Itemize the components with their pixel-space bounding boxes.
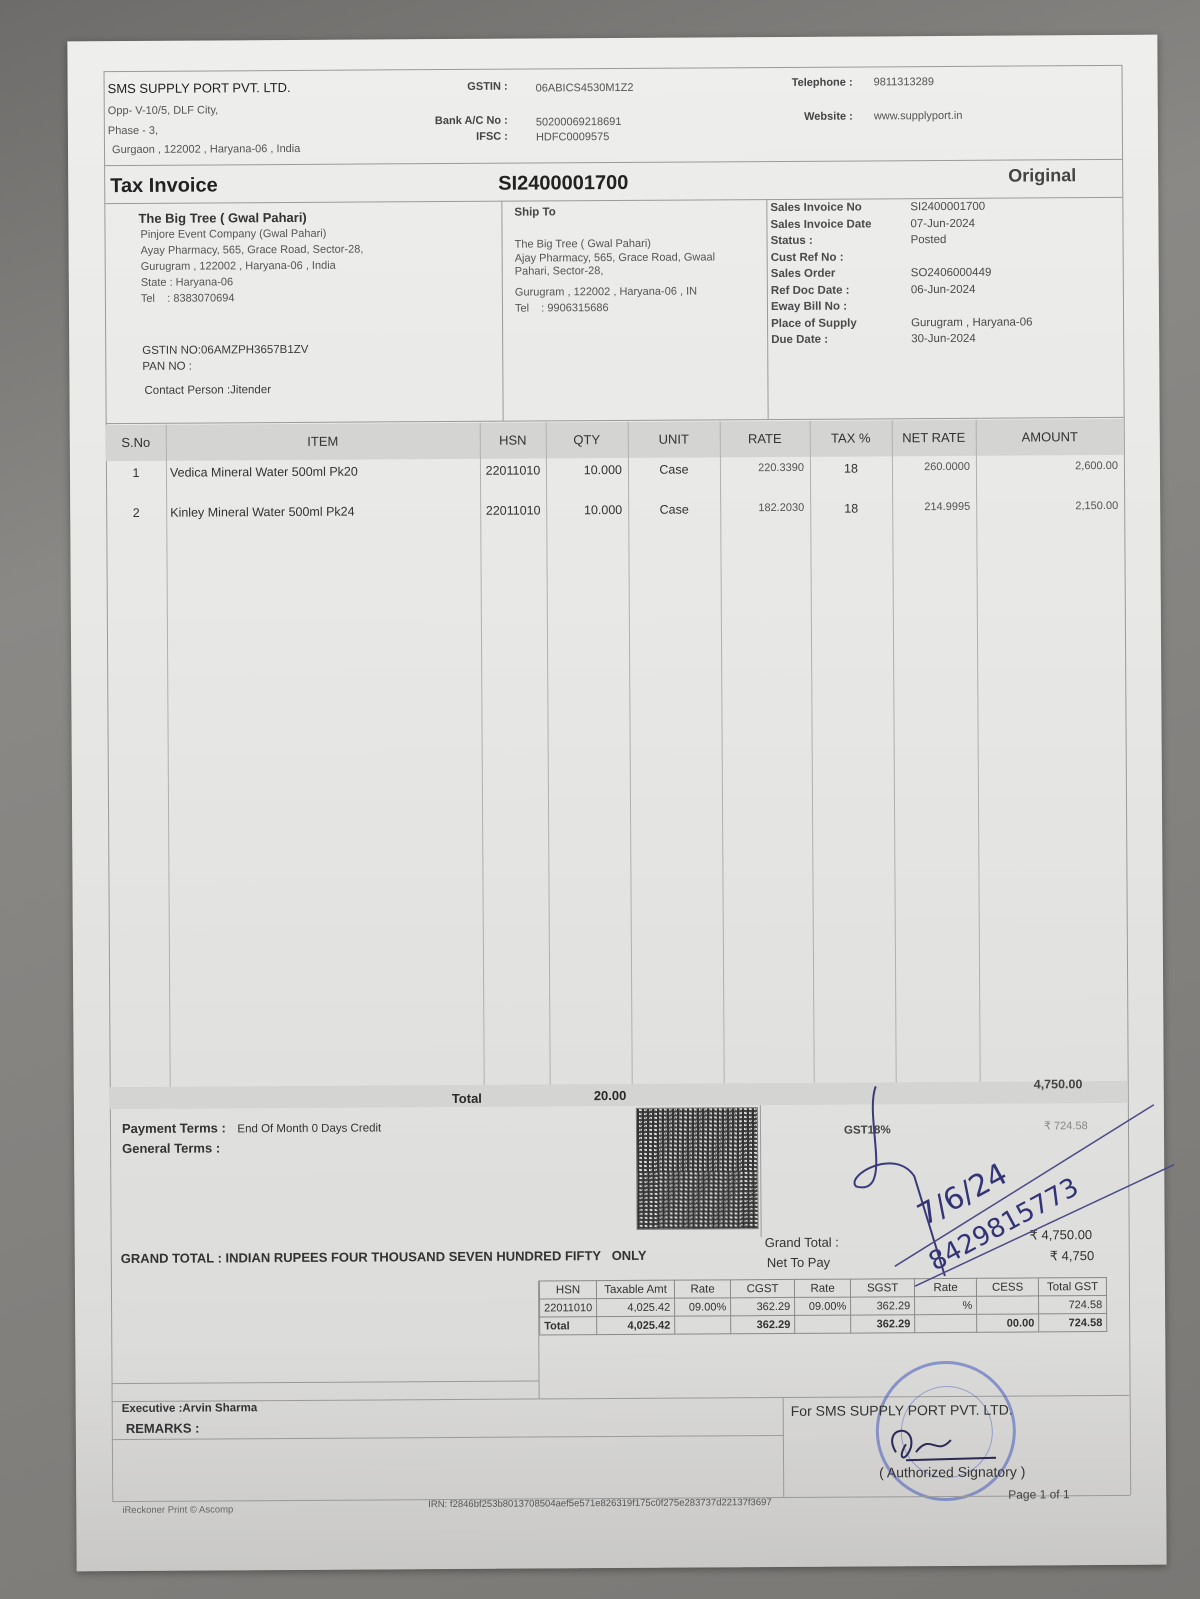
column-header-hsn: HSN: [480, 432, 546, 447]
items-table-body: 1Vedica Mineral Water 500ml Pk2022011010…: [67, 35, 1157, 42]
gst-breakdown-table: HSNTaxable AmtRateCGSTRateSGSTRateCESSTo…: [539, 1277, 1107, 1335]
invoice-info-row: Sales Invoice NoSI2400001700: [770, 200, 1120, 218]
gst-cell: %: [915, 1296, 977, 1314]
gstin-label: GSTIN :: [408, 81, 508, 94]
invoice-info-row: Eway Bill No :: [771, 299, 1121, 317]
invoice-paper: SMS SUPPLY PORT PVT. LTD. Opp- V-10/5, D…: [67, 35, 1166, 1572]
frame-top: [104, 65, 1122, 72]
column-header-tax: TAX %: [810, 430, 892, 446]
payment-terms: Payment Terms : End Of Month 0 Days Cred…: [122, 1119, 381, 1136]
column-header-rate: RATE: [720, 431, 810, 447]
invoice-info-label: Ref Doc Date :: [771, 284, 850, 296]
invoice-info-label: Status :: [771, 235, 813, 247]
gst-cell: [977, 1296, 1039, 1314]
item-cell-unit: Case: [628, 462, 720, 477]
bank-ac-label: Bank A/C No :: [408, 115, 508, 128]
gst-cell: [915, 1314, 977, 1332]
gst-cell: 4,025.42: [597, 1316, 675, 1334]
bill-to-line: Gurugram , 122002 , Haryana-06 , India: [141, 260, 336, 273]
gst-cell: 00.00: [977, 1314, 1039, 1332]
gst-column-header: Rate: [795, 1279, 851, 1297]
item-cell-tax: 18: [810, 501, 892, 516]
ship-to-line: Ajay Pharmacy, 565, Grace Road, Gwaal: [515, 251, 715, 264]
item-cell-rate: 220.3390: [720, 462, 810, 475]
general-terms-label: General Terms :: [122, 1140, 220, 1156]
gst-cell: 362.29: [731, 1315, 795, 1333]
irn-number: IRN: f2846bf253b8013708504aef5e571e82631…: [428, 1497, 771, 1510]
items-table-header: S.NoITEMHSNQTYUNITRATETAX %NET RATEAMOUN…: [67, 35, 1157, 42]
invoice-info-row: Sales OrderSO2406000449: [771, 266, 1121, 284]
authorized-signatory-label: ( Authorized Signatory ): [879, 1464, 1025, 1481]
invoice-info-value: SO2406000449: [911, 267, 992, 279]
gst-cell: 4,025.42: [597, 1298, 675, 1316]
invoice-info-value: 06-Jun-2024: [911, 283, 976, 295]
payment-terms-label: Payment Terms :: [122, 1120, 226, 1136]
invoice-number: SI2400001700: [498, 172, 628, 196]
item-cell-sno: 2: [106, 506, 166, 520]
gst-cell: 724.58: [1039, 1296, 1107, 1314]
remarks-label: REMARKS :: [126, 1421, 200, 1436]
invoice-info-label: Place of Supply: [771, 317, 857, 330]
company-address-line: Phase - 3,: [108, 125, 158, 137]
item-cell-hsn: 22011010: [480, 503, 546, 517]
column-header-amount: AMOUNT: [976, 429, 1124, 445]
invoice-info-label: Sales Order: [771, 268, 836, 280]
gst-cell: 724.58: [1039, 1314, 1107, 1332]
column-header-item: ITEM: [166, 433, 480, 450]
gst-column-header: CGST: [731, 1279, 795, 1297]
item-cell-net-rate: 214.9995: [892, 501, 976, 514]
item-cell-item: Vedica Mineral Water 500ml Pk20: [166, 464, 480, 480]
document-type: Tax Invoice: [110, 174, 218, 198]
invoice-info-row: Cust Ref No :: [771, 249, 1121, 267]
gst-cell: 09.00%: [675, 1298, 731, 1316]
item-cell-tax: 18: [810, 461, 892, 476]
gst-cell: 362.29: [851, 1297, 915, 1315]
invoice-info-row: Due Date :30-Jun-2024: [771, 332, 1121, 350]
ship-to-heading: Ship To: [514, 206, 555, 218]
item-cell-sno: 1: [106, 466, 166, 480]
net-to-pay-label: Net To Pay: [767, 1255, 830, 1270]
item-cell-hsn: 22011010: [480, 463, 546, 477]
invoice-info-value: 30-Jun-2024: [911, 333, 976, 345]
bill-to-tel: Tel : 8383070694: [141, 292, 235, 305]
company-address-line: Gurgaon , 122002 , Haryana-06 , India: [112, 143, 300, 156]
total-qty: 20.00: [594, 1088, 627, 1103]
column-header-sno: S.No: [106, 435, 166, 450]
company-website[interactable]: www.supplyport.in: [874, 110, 963, 123]
gst-total-row: Total4,025.42362.29362.2900.00724.58: [540, 1314, 1107, 1335]
bill-to-name: The Big Tree ( Gwal Pahari): [138, 210, 306, 226]
gst-column-header: Rate: [675, 1280, 731, 1298]
ship-to-line: Gurugram , 122002 , Haryana-06 , IN: [515, 286, 697, 299]
gst-cell: 09.00%: [795, 1297, 851, 1315]
ship-to-line: Pahari, Sector-28,: [515, 265, 604, 278]
company-name: SMS SUPPLY PORT PVT. LTD.: [108, 80, 291, 96]
invoice-info: Sales Invoice NoSI2400001700Sales Invoic…: [770, 200, 1120, 202]
page-number: Page 1 of 1: [1008, 1487, 1069, 1501]
item-cell-qty: 10.000: [546, 503, 628, 518]
frame-left: [104, 71, 114, 1501]
invoice-info-row: Status :Posted: [771, 233, 1121, 251]
payment-terms-value: End Of Month 0 Days Credit: [237, 1122, 381, 1135]
e-invoice-qr-code: [636, 1107, 759, 1230]
item-cell-unit: Case: [628, 502, 720, 517]
bill-to-line: Ayay Pharmacy, 565, Grace Road, Sector-2…: [141, 244, 364, 257]
item-cell-net-rate: 260.0000: [892, 461, 976, 474]
gst-cell: Total: [540, 1317, 597, 1335]
bill-to-pan: PAN NO :: [142, 361, 192, 373]
invoice-info-value: SI2400001700: [910, 201, 985, 213]
item-cell-qty: 10.000: [546, 463, 628, 478]
item-cell-amount: 2,600.00: [976, 460, 1124, 473]
column-header-unit: UNIT: [628, 431, 720, 447]
invoice-info-label: Cust Ref No :: [771, 251, 844, 263]
ship-to-tel: Tel : 9906315686: [515, 302, 609, 315]
invoice-info-label: Eway Bill No :: [771, 301, 847, 313]
telephone-label: Telephone :: [748, 77, 853, 90]
column-header-net-rate: NET RATE: [892, 430, 976, 446]
gst-cell: 362.29: [731, 1297, 795, 1315]
invoice-info-row: Sales Invoice Date07-Jun-2024: [770, 216, 1120, 234]
gst-cell: 22011010: [540, 1299, 597, 1317]
total-label: Total: [452, 1091, 482, 1106]
company-telephone: 9811313289: [874, 76, 934, 88]
company-gstin: 06ABICS4530M1Z2: [536, 82, 634, 95]
gst-cell: [675, 1316, 731, 1334]
invoice-info-value: Posted: [911, 234, 947, 246]
bill-to-line: Pinjore Event Company (Gwal Pahari): [140, 228, 326, 241]
company-address-line: Opp- V-10/5, DLF City,: [108, 104, 219, 117]
website-label: Website :: [748, 111, 853, 124]
invoice-info-label: Sales Invoice Date: [770, 218, 871, 231]
contact-person: Contact Person :Jitender: [144, 384, 271, 397]
invoice-info-value: Gurugram , Haryana-06: [911, 316, 1033, 329]
item-cell-item: Kinley Mineral Water 500ml Pk24: [166, 504, 480, 520]
item-cell-rate: 182.2030: [720, 502, 810, 515]
column-header-qty: QTY: [546, 432, 628, 448]
ifsc-label: IFSC :: [408, 131, 508, 144]
invoice-info-row: Place of SupplyGurugram , Haryana-06: [771, 315, 1121, 333]
bill-to-gstin: GSTIN NO:06AMZPH3657B1ZV: [142, 344, 308, 357]
gst-column-header: Taxable Amt: [597, 1280, 675, 1298]
for-company-label: For SMS SUPPLY PORT PVT. LTD.: [791, 1402, 1013, 1419]
invoice-info-label: Sales Invoice No: [770, 201, 861, 214]
gst-column-header: HSN: [539, 1281, 596, 1299]
invoice-info-label: Due Date :: [771, 334, 828, 346]
bill-to-state: State : Haryana-06: [141, 276, 233, 289]
executive-name: Executive :Arvin Sharma: [122, 1402, 258, 1415]
item-cell-amount: 2,150.00: [976, 500, 1124, 513]
printed-by: iReckoner Print © Ascomp: [122, 1504, 233, 1516]
ifsc-code: HDFC0009575: [536, 131, 609, 143]
amount-in-words: GRAND TOTAL : INDIAN RUPEES FOUR THOUSAN…: [121, 1248, 647, 1266]
invoice-info-value: 07-Jun-2024: [910, 217, 975, 229]
gst-cell: 362.29: [851, 1315, 915, 1333]
handwritten-annotation: 7/6/24 8429815773: [854, 1075, 1175, 1287]
gst-cell: [795, 1315, 851, 1333]
bank-ac-number: 50200069218691: [536, 116, 622, 129]
ship-to-line: The Big Tree ( Gwal Pahari): [515, 238, 651, 251]
invoice-info-row: Ref Doc Date :06-Jun-2024: [771, 282, 1121, 300]
grand-total-label: Grand Total :: [765, 1235, 839, 1250]
copy-label: Original: [1008, 165, 1076, 186]
